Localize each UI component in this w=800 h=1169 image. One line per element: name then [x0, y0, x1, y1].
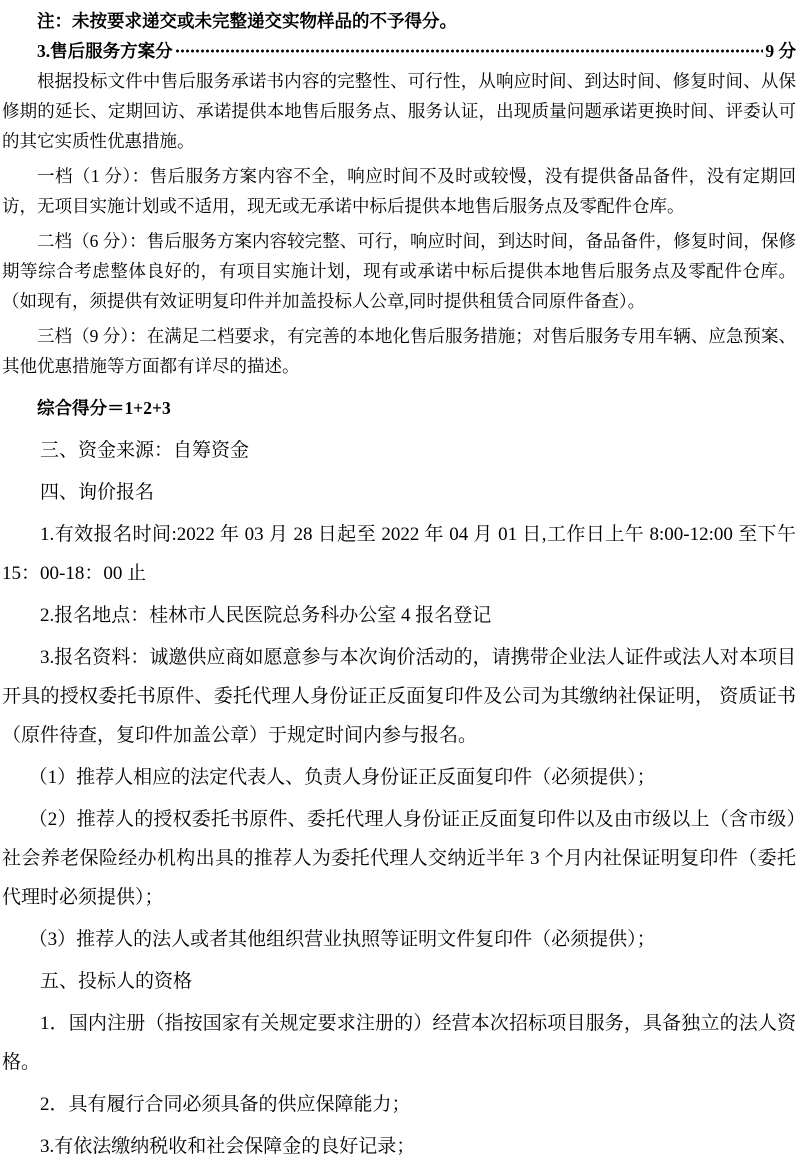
material-item-1: （1）推荐人相应的法定代表人、负责人身份证正反面复印件（必须提供）； — [2, 758, 796, 797]
registration-materials-paragraph: 3.报名资料：诚邀供应商如愿意参与本次询价活动的，请携带企业法人证件或法人对本项… — [2, 638, 796, 755]
scoring-section: 注：未按要求递交或未完整递交实物样品的不予得分。 3.售后服务方案分 9 分 根… — [2, 6, 796, 423]
tier3-paragraph: 三档（9 分）：在满足二档要求，有完善的本地化售后服务措施；对售后服务专用车辆、… — [2, 321, 796, 381]
material-item-2: （2）推荐人的授权委托书原件、委托代理人身份证正反面复印件以及由市级以上（含市级… — [2, 800, 796, 917]
score-heading-line: 3.售后服务方案分 9 分 — [2, 36, 796, 66]
tier2-paragraph: 二档（6 分）：售后服务方案内容较完整、可行，响应时间，到达时间，备品备件，修复… — [2, 226, 796, 316]
criteria-intro-paragraph: 根据投标文件中售后服务承诺书内容的完整性、可行性，从响应时间、到达时间、修复时间… — [2, 66, 796, 156]
section-qualification-heading: 五、投标人的资格 — [2, 962, 796, 1001]
section-registration-heading: 四、询价报名 — [2, 473, 796, 512]
total-score-line: 综合得分＝1+2+3 — [2, 393, 796, 423]
tender-info-section: 三、资金来源：自筹资金 四、询价报名 1.有效报名时间:2022 年 03 月 … — [2, 431, 796, 1166]
note-line: 注：未按要求递交或未完整递交实物样品的不予得分。 — [2, 6, 796, 36]
section-funding-heading: 三、资金来源：自筹资金 — [2, 431, 796, 470]
material-item-3: （3）推荐人的法人或者其他组织营业执照等证明文件复印件（必须提供）； — [2, 920, 796, 959]
document-page: 注：未按要求递交或未完整递交实物样品的不予得分。 3.售后服务方案分 9 分 根… — [0, 0, 800, 1166]
registration-time-paragraph: 1.有效报名时间:2022 年 03 月 28 日起至 2022 年 04 月 … — [2, 515, 796, 593]
qualification-2-paragraph: 2．具有履行合同必须具备的供应保障能力； — [2, 1085, 796, 1124]
registration-place-paragraph: 2.报名地点：桂林市人民医院总务科办公室 4 报名登记 — [2, 596, 796, 635]
qualification-3-paragraph: 3.有依法缴纳税收和社会保障金的良好记录； — [2, 1127, 796, 1166]
dot-leader — [175, 36, 764, 66]
score-heading-label: 3.售后服务方案分 — [2, 36, 173, 66]
score-heading-value: 9 分 — [765, 36, 796, 66]
tier1-paragraph: 一档（1 分）：售后服务方案内容不全，响应时间不及时或较慢，没有提供备品备件，没… — [2, 161, 796, 221]
qualification-1-paragraph: 1．国内注册（指按国家有关规定要求注册的）经营本次招标项目服务，具备独立的法人资… — [2, 1004, 796, 1082]
